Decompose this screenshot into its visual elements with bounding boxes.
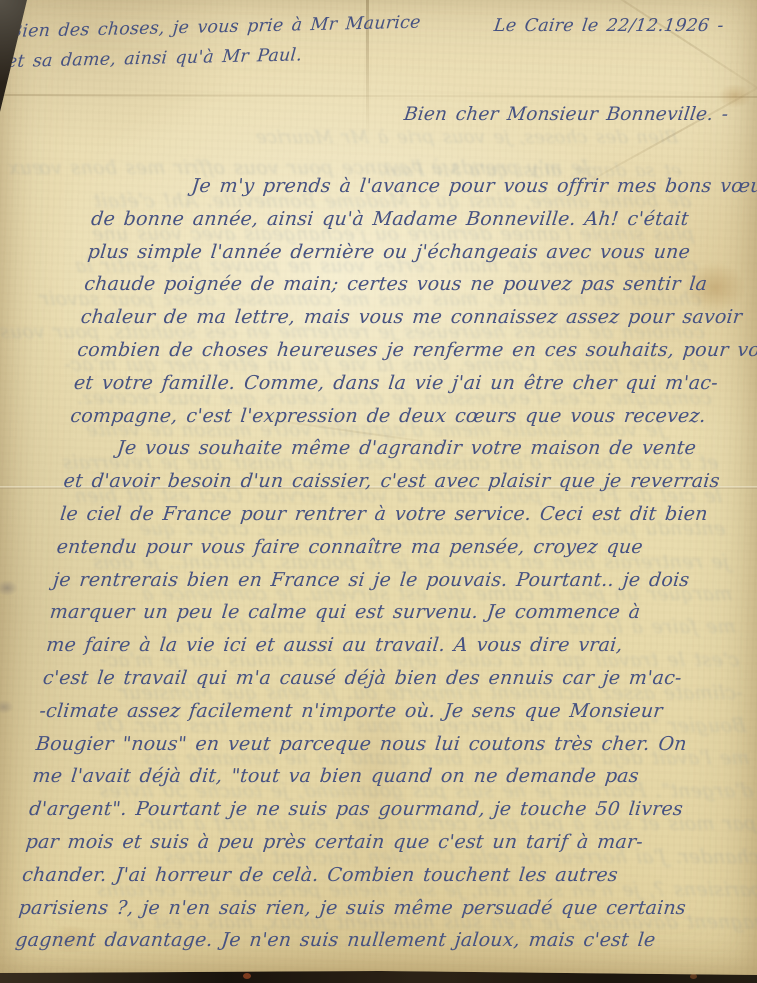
bottom-edge-speck [690, 974, 697, 979]
letter-line: et votre famille. Comme, dans la vie j'a… [72, 367, 757, 400]
letter-line: je rentrerais bien en France si je le po… [52, 564, 743, 597]
letter-line: chander. J'ai horreur de celà. Combien t… [21, 859, 712, 892]
letter-line: plus simple l'année dernière ou j'échang… [86, 236, 757, 269]
salutation: Bien cher Monsieur Bonneville. - [403, 104, 730, 125]
letter-line: parisiens ?, je n'en sais rien, je suis … [17, 892, 708, 925]
bleed-line: Bien des choses, je vous prie à Mr Mauri… [57, 122, 680, 155]
letter-line: compagne, c'est l'expression de deux cœu… [69, 400, 757, 433]
letter-line: d'argent". Pourtant je ne suis pas gourm… [27, 793, 718, 826]
letter-line: par mois et suis à peu près certain que … [24, 826, 715, 859]
top-margin-annotation: Bien des choses, je vous prie à Mr Mauri… [6, 7, 451, 77]
letter-scan: Bien des choses, je vous prie à Mr Mauri… [0, 0, 757, 983]
letter-line: me faire à la vie ici et aussi au travai… [45, 629, 736, 662]
letter-line: combien de choses heureuses je renferme … [76, 334, 757, 367]
top-horizontal-crease [0, 94, 757, 98]
bottom-edge-speck [243, 973, 251, 979]
letter-line: le ciel de France pour rentrer à votre s… [58, 498, 749, 531]
letter-line: chaude poignée de main; certes vous ne p… [83, 268, 757, 301]
letter-line: entendu pour vous faire connaître ma pen… [55, 531, 746, 564]
letter-line: marquer un peu le calme qui est survenu.… [48, 596, 739, 629]
letter-line: Je m'y prends à l'avance pour vous offri… [93, 170, 757, 203]
dateline: Le Caire le 22/12.1926 - [493, 16, 725, 36]
letter-body: Je m'y prends à l'avance pour vous offri… [14, 170, 757, 957]
letter-line: Je vous souhaite même d'agrandir votre m… [65, 432, 756, 465]
letter-line: c'est le travail qui m'a causé déjà bien… [41, 662, 732, 695]
paper-sheet: Bien des choses, je vous prie à Mr Mauri… [0, 0, 757, 983]
letter-line: me l'avait déjà dit, "tout va bien quand… [31, 760, 722, 793]
letter-line: Bougier "nous" en veut parceque nous lui… [34, 728, 725, 761]
letter-line: de bonne année, ainsi qu'à Madame Bonnev… [89, 203, 757, 236]
letter-line: chaleur de ma lettre, mais vous me conna… [79, 301, 757, 334]
letter-line: et d'avoir besoin d'un caissier, c'est a… [62, 465, 753, 498]
ink-smudge [0, 580, 18, 596]
letter-line: -climate assez facilement n'importe où. … [38, 695, 729, 728]
letter-line: gagnent davantage. Je n'en suis nullemen… [14, 924, 705, 957]
ink-smudge [0, 700, 14, 714]
